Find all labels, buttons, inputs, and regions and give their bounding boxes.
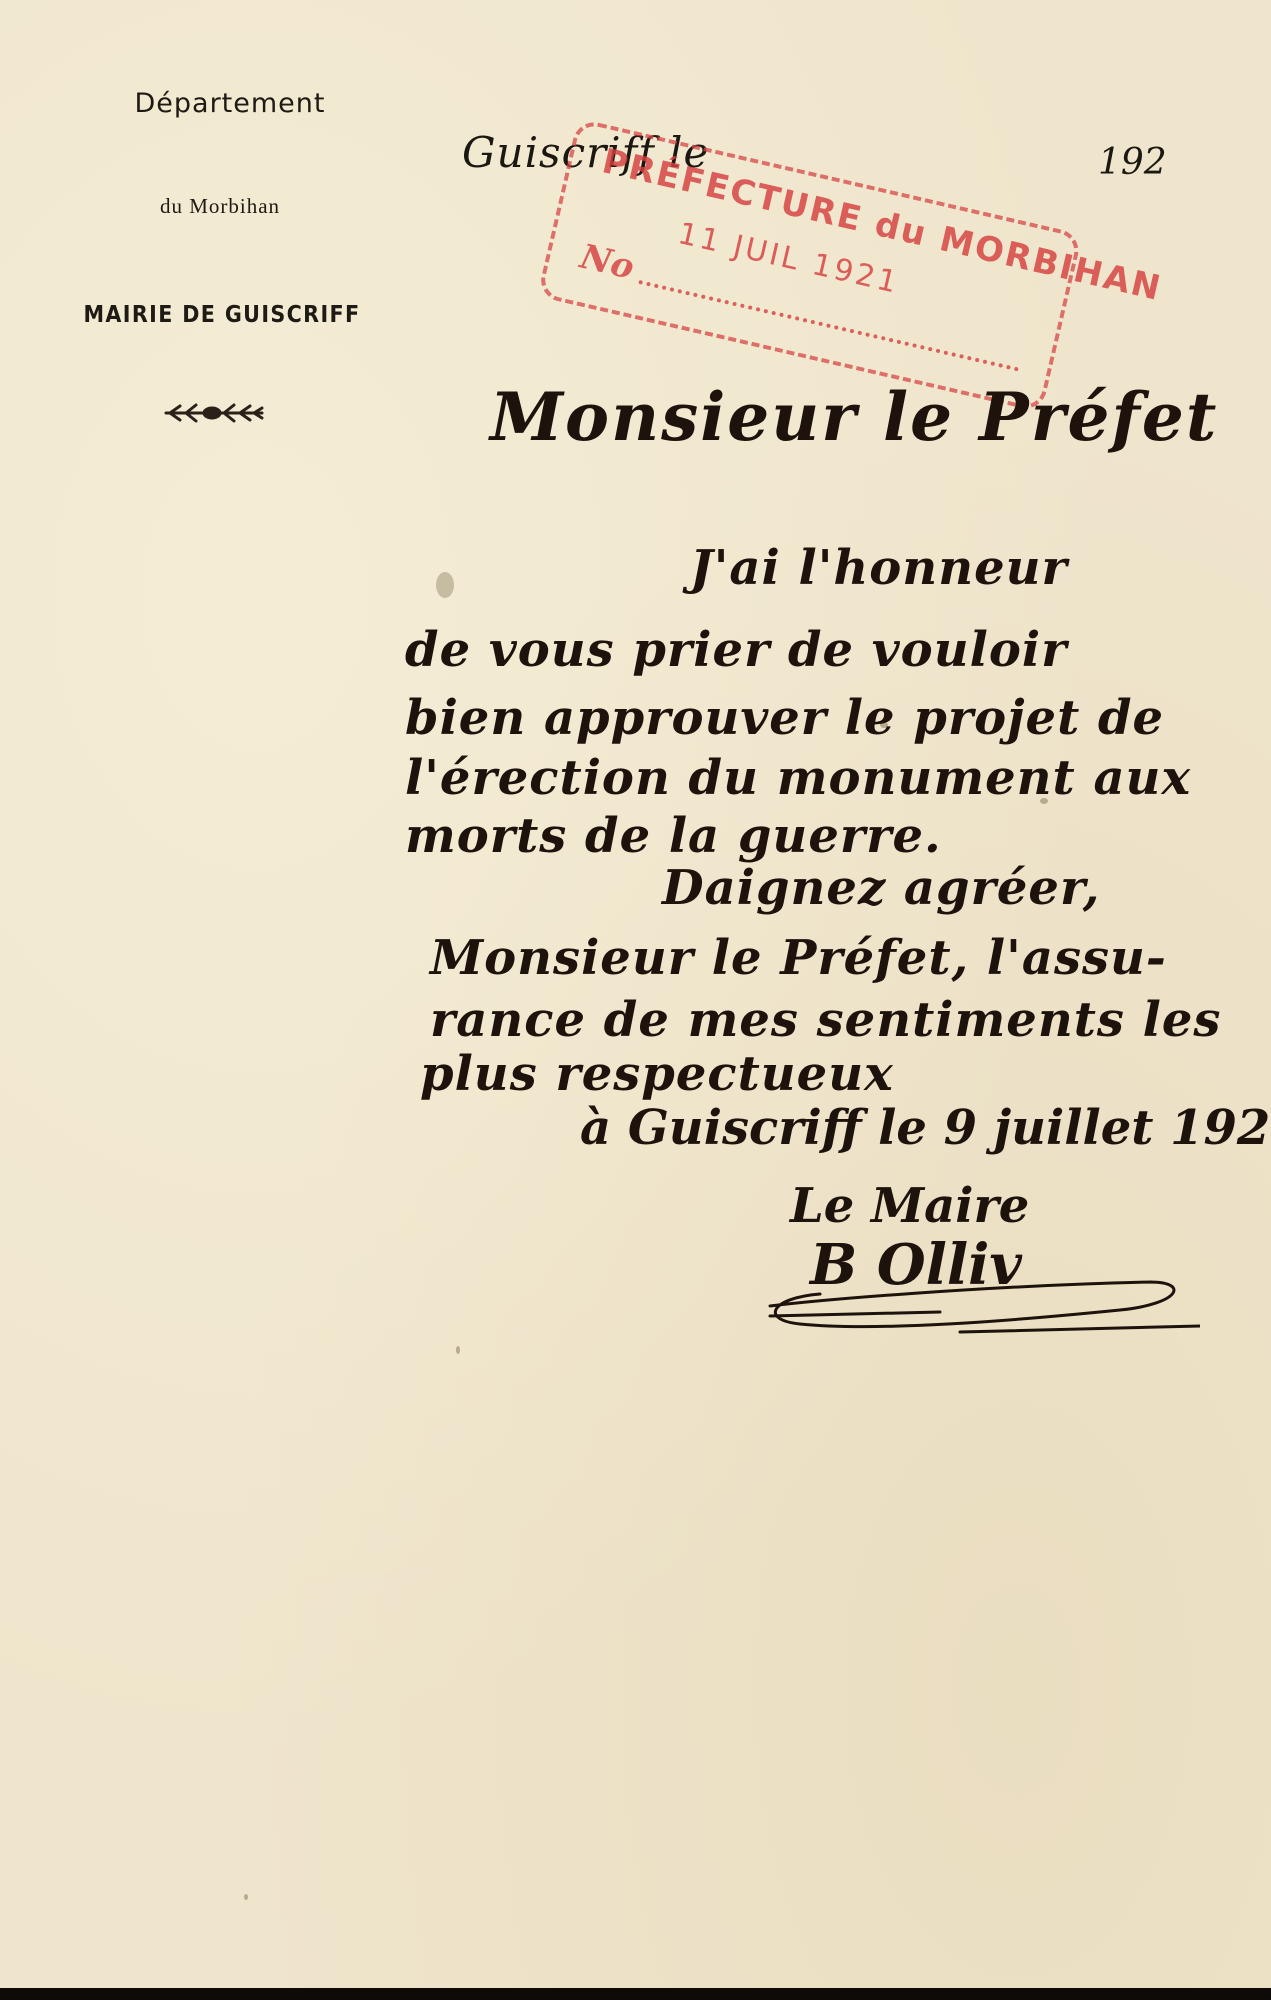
body-line: Daignez agréer, (662, 860, 1100, 916)
prefecture-stamp: PRÉFECTURE du MORBIHAN 11 JUIL 1921 No (537, 118, 1083, 413)
body-line: de vous prier de vouloir (405, 622, 1067, 678)
closing-title: Le Maire (790, 1178, 1029, 1234)
signature-text: B Olliv (810, 1232, 1022, 1298)
body-line: plus respectueux (420, 1046, 894, 1102)
paper-speck (456, 1346, 460, 1354)
body-line: rance de mes sentiments les (430, 992, 1221, 1048)
year-prefix: 192 (1098, 142, 1167, 183)
letterhead-region: du Morbihan (60, 194, 380, 219)
laurel-ornament-icon (162, 400, 266, 426)
letter-sheet: Département du Morbihan MAIRIE DE GUISCR… (0, 0, 1271, 1988)
body-line: J'ai l'honneur (690, 540, 1068, 596)
body-line: Monsieur le Préfet, l'assu- (430, 930, 1167, 986)
salutation: Monsieur le Préfet (490, 378, 1218, 456)
dateline: à Guiscriff le 9 juillet 1921 (580, 1100, 1271, 1156)
body-line: bien approuver le projet de (405, 690, 1164, 746)
mayor-signature: B Olliv (760, 1228, 1200, 1338)
paper-speck (436, 572, 454, 598)
body-line: l'érection du monument aux (405, 750, 1191, 806)
body-line: morts de la guerre. (405, 808, 942, 864)
letterhead-department: Département (60, 88, 400, 119)
stamp-number-line (638, 280, 1019, 372)
letterhead-office: MAIRIE DE GUISCRIFF (60, 302, 384, 328)
paper-speck (244, 1894, 248, 1900)
stamp-number-label: No (576, 237, 637, 288)
